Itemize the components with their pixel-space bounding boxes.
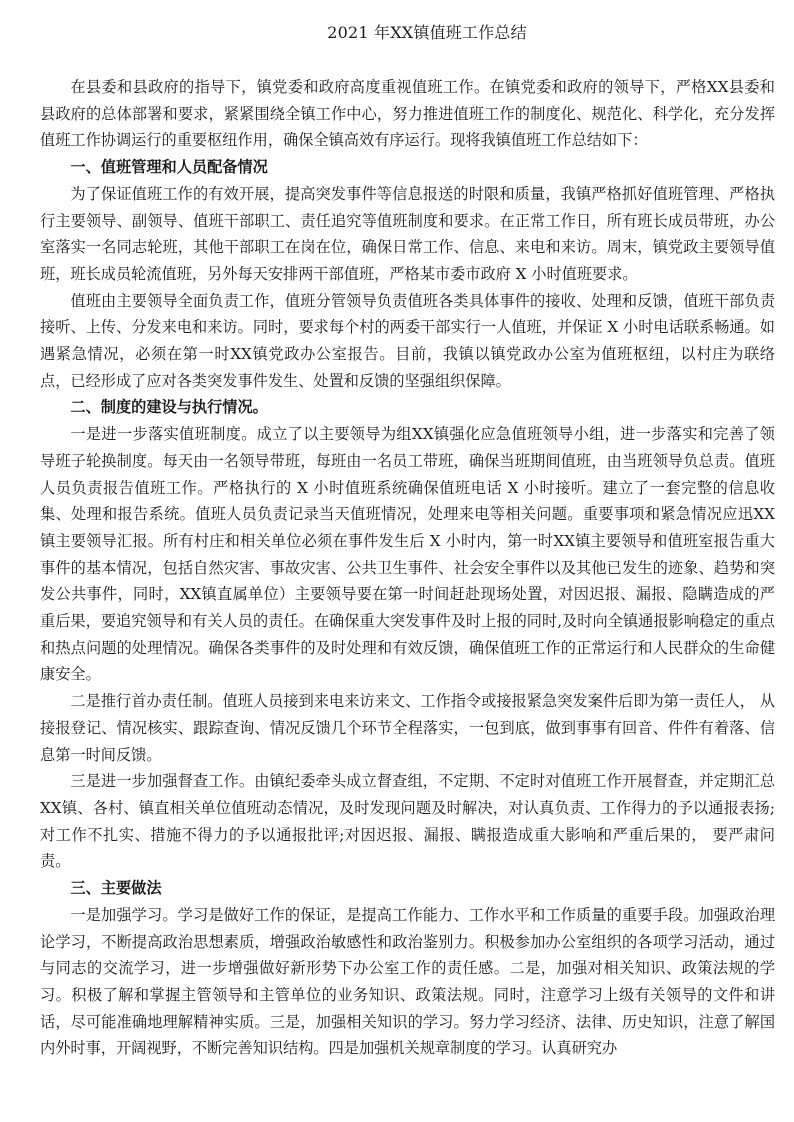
paragraph: 二是推行首办责任制。值班人员接到来电来访来文、工作指令或接报紧急突发案件后即为第… [40,688,775,768]
paragraph: 一是加强学习。学习是做好工作的保证，是提高工作能力、工作水平和工作质量的重要手段… [40,902,775,1062]
paragraph: 一是进一步落实值班制度。成立了以主要领导为组XX镇强化应急值班领导小组，进一步落… [40,421,775,688]
document-title: 2021 年XX镇值班工作总结 [40,21,794,45]
intro-paragraph: 在县委和县政府的指导下，镇党委和政府高度重视值班工作。在镇党委和政府的领导下，严… [40,74,775,154]
section-heading-2: 二、制度的建设与执行情况。 [40,394,775,421]
document-body: 在县委和县政府的指导下，镇党委和政府高度重视值班工作。在镇党委和政府的领导下，严… [40,74,775,1062]
paragraph: 值班由主要领导全面负责工作，值班分管领导负责值班各类具体事件的接收、处理和反馈，… [40,288,775,395]
section-heading-3: 三、主要做法 [40,875,775,902]
paragraph: 为了保证值班工作的有效开展，提高突发事件等信息报送的时限和质量，我镇严格抓好值班… [40,181,775,288]
paragraph: 三是进一步加强督查工作。由镇纪委牵头成立督查组，不定期、不定时对值班工作开展督查… [40,768,775,875]
section-heading-1: 一、值班管理和人员配备情况 [40,154,775,181]
